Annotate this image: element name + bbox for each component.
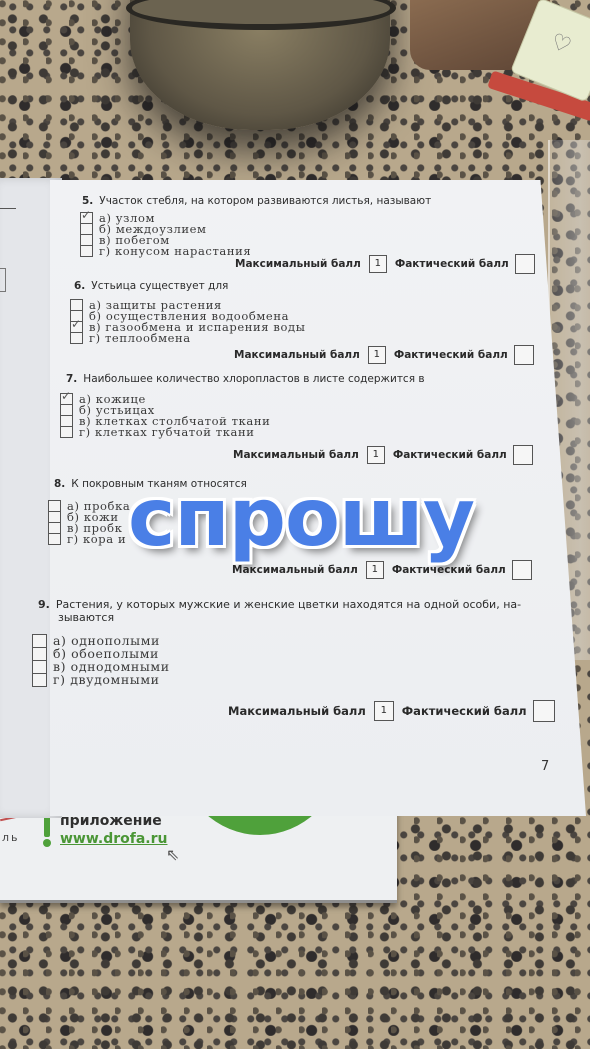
max-score-box: 1 <box>369 255 387 273</box>
actual-score-box[interactable] <box>515 254 535 274</box>
page-number: 7 <box>541 759 549 774</box>
text-fragment: ль <box>2 831 20 844</box>
exclamation-icon <box>44 815 50 837</box>
checkbox[interactable] <box>80 245 93 257</box>
question-text: Участок стебля, на котором развиваются л… <box>99 195 431 207</box>
checkbox[interactable] <box>32 673 47 687</box>
actual-score-box[interactable] <box>533 700 555 722</box>
actual-score-box[interactable] <box>512 560 532 580</box>
booklet-underneath: ль приложение www.drofa.ru ⇖ <box>0 805 397 903</box>
option[interactable]: г) клетках губчатой ткани <box>60 426 425 437</box>
actual-score-box[interactable] <box>514 345 534 365</box>
question-5: 5.Участок стебля, на котором развиваются… <box>82 195 431 256</box>
max-score-box: 1 <box>374 701 394 721</box>
actual-score-box[interactable] <box>513 445 533 465</box>
question-9: 9.Растения, у которых мужские и женские … <box>38 598 521 686</box>
checkbox[interactable] <box>32 647 47 661</box>
max-score-box: 1 <box>368 346 386 364</box>
score-row-6: Максимальный балл 1 Фактический балл <box>234 345 534 365</box>
heart-icon: ♡ <box>547 29 575 60</box>
checkbox[interactable] <box>32 660 47 674</box>
checkbox[interactable] <box>70 332 83 344</box>
checkbox[interactable] <box>48 533 61 545</box>
exclamation-dot <box>43 839 51 847</box>
watermark-overlay: спрошу <box>128 478 474 558</box>
score-row-5: Максимальный балл 1 Фактический балл <box>235 254 535 274</box>
score-row-7: Максимальный балл 1 Фактический балл <box>233 445 533 465</box>
option[interactable]: г) двудомными <box>32 673 521 686</box>
question-7: 7.Наибольшее количество хлоропластов в л… <box>66 373 425 437</box>
cursor-icon: ⇖ <box>166 845 179 864</box>
max-score-box: 1 <box>367 446 385 464</box>
question-text: Устьица существует для <box>91 280 228 292</box>
question-text: Наибольшее количество хлоропластов в лис… <box>83 373 424 385</box>
score-row-9: Максимальный балл 1 Фактический балл <box>228 700 555 722</box>
question-6: 6.Устьица существует для а) защиты расте… <box>74 280 305 343</box>
checkbox[interactable] <box>60 426 73 438</box>
checkbox[interactable] <box>32 634 47 648</box>
drofa-link[interactable]: www.drofa.ru <box>60 831 168 847</box>
question-text-line2: зываются <box>58 611 521 624</box>
question-text: Растения, у которых мужские и женские цв… <box>56 598 521 611</box>
option[interactable]: г) теплообмена <box>70 332 305 343</box>
